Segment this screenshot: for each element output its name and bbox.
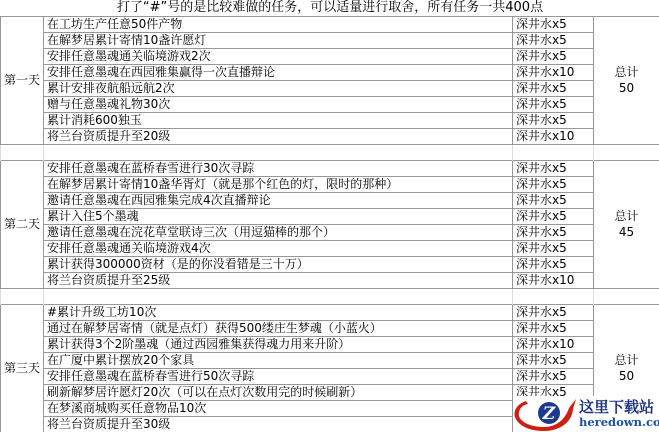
task-text-cell: 在工坊生产任意50件产物 — [44, 16, 513, 32]
task-row: 累计获得3个2阶墨魂（通过西园雅集获得魂力用来升阶）深井水x10 — [1, 336, 659, 352]
task-row: 第二天安排任意墨魂在蓝桥春雪进行30次寻踪深井水x5总计45 — [1, 160, 659, 176]
total-value: 50 — [597, 368, 656, 384]
task-row: 邀请任意墨魂在浣花草堂联诗三次（用逗猫棒的那个）深井水x5 — [1, 224, 659, 240]
total-value: 50 — [597, 80, 656, 96]
heredown-watermark: Z 这里下载站 heredown.com — [513, 396, 659, 432]
task-row: 累计消耗600独玉深井水x5 — [1, 112, 659, 128]
separator-cell — [1, 288, 44, 304]
reward-cell: 深井水x5 — [513, 176, 594, 192]
task-row: 累计获得300000资材（是的你没看错是三十万）深井水x5 — [1, 256, 659, 272]
task-text-cell: 累计安排夜航船远航2次 — [44, 80, 513, 96]
task-row: 累计安排夜航船远航2次深井水x5 — [1, 80, 659, 96]
reward-cell: 深井水x5 — [513, 112, 594, 128]
task-row: 在解梦居累计寄情10盏华胥灯（就是那个红色的灯，限时的那种）深井水x5 — [1, 176, 659, 192]
reward-cell: 深井水x10 — [513, 64, 594, 80]
task-text-cell: 邀请任意墨魂在西园雅集完成4次直播辩论 — [44, 192, 513, 208]
task-row: 安排任意墨魂通关临境游戏2次深井水x5 — [1, 48, 659, 64]
task-text-cell: 邀请任意墨魂在浣花草堂联诗三次（用逗猫棒的那个） — [44, 224, 513, 240]
separator-cell — [44, 144, 513, 160]
total-value: 45 — [597, 224, 656, 240]
reward-cell: 深井水x5 — [513, 32, 594, 48]
separator-row — [1, 144, 659, 160]
task-text-cell: 刷新解梦居许愿灯20次（可以在点灯次数用完的时候刷新） — [44, 384, 513, 400]
task-text-cell: 通过在解梦居寄情（就是点灯）获得500缕庄生梦魂（小蓝火） — [44, 320, 513, 336]
reward-cell: 深井水x5 — [513, 160, 594, 176]
task-text-cell: 将兰台资质提升至30级 — [44, 416, 513, 432]
reward-cell: 深井水x5 — [513, 304, 594, 320]
reward-cell: 深井水x5 — [513, 208, 594, 224]
separator-cell — [1, 144, 44, 160]
table-title: 打了“#”号的是比较难做的任务，可以适量进行取舍，所有任务一共400点 — [1, 0, 659, 16]
task-text-cell: 安排任意墨魂在西园雅集赢得一次直播辩论 — [44, 64, 513, 80]
task-row: 将兰台资质提升至25级深井水x10 — [1, 272, 659, 288]
total-label: 总计 — [597, 64, 656, 80]
task-text-cell: 累计获得300000资材（是的你没看错是三十万） — [44, 256, 513, 272]
task-row: 安排任意墨魂在蓝桥春雪进行50次寻踪深井水x5 — [1, 368, 659, 384]
separator-cell — [594, 144, 659, 160]
task-row: 通过在解梦居寄情（就是点灯）获得500缕庄生梦魂（小蓝火）深井水x5 — [1, 320, 659, 336]
task-row: 第一天在工坊生产任意50件产物深井水x5总计50 — [1, 16, 659, 32]
title-row: 打了“#”号的是比较难做的任务，可以适量进行取舍，所有任务一共400点 — [1, 0, 659, 16]
task-text-cell: 累计入住5个墨魂 — [44, 208, 513, 224]
separator-cell — [44, 288, 513, 304]
total-label: 总计 — [597, 352, 656, 368]
task-text-cell: 将兰台资质提升至25级 — [44, 272, 513, 288]
task-row: 安排任意墨魂在西园雅集赢得一次直播辩论深井水x10 — [1, 64, 659, 80]
task-text-cell: 在广厦中累计摆放20个家具 — [44, 352, 513, 368]
task-text-cell: 累计获得3个2阶墨魂（通过西园雅集获得魂力用来升阶） — [44, 336, 513, 352]
site-name: 这里下载站 — [579, 399, 659, 416]
reward-cell: 深井水x5 — [513, 368, 594, 384]
task-row: 邀请任意墨魂在西园雅集完成4次直播辩论深井水x5 — [1, 192, 659, 208]
task-text-cell: 累计消耗600独玉 — [44, 112, 513, 128]
task-text-cell: 将兰台资质提升至20级 — [44, 128, 513, 144]
reward-cell: 深井水x5 — [513, 352, 594, 368]
task-text-cell: 在梦溪商城购买任意物品10次 — [44, 400, 513, 416]
logo-z-letter: Z — [542, 404, 556, 424]
heredown-logo-icon: Z — [513, 396, 577, 432]
site-url-link[interactable]: heredown.com — [579, 416, 659, 429]
total-cell: 总计50 — [594, 16, 659, 144]
task-row: 累计入住5个墨魂深井水x5 — [1, 208, 659, 224]
reward-cell: 深井水x5 — [513, 320, 594, 336]
task-row: 在解梦居累计寄情10盏许愿灯深井水x5 — [1, 32, 659, 48]
separator-cell — [513, 288, 594, 304]
page: 打了“#”号的是比较难做的任务，可以适量进行取舍，所有任务一共400点 第一天在… — [0, 0, 659, 432]
reward-cell: 深井水x10 — [513, 336, 594, 352]
reward-cell: 深井水x5 — [513, 256, 594, 272]
reward-cell: 深井水x10 — [513, 128, 594, 144]
task-text-cell: 安排任意墨魂在蓝桥春雪进行50次寻踪 — [44, 368, 513, 384]
day-label: 第三天 — [1, 304, 44, 432]
logo-text: 这里下载站 heredown.com — [577, 399, 659, 429]
task-row: 安排任意墨魂通关临境游戏4次深井水x5 — [1, 240, 659, 256]
reward-cell: 深井水x5 — [513, 240, 594, 256]
task-text-cell: 安排任意墨魂在蓝桥春雪进行30次寻踪 — [44, 160, 513, 176]
reward-cell: 深井水x5 — [513, 192, 594, 208]
separator-cell — [513, 144, 594, 160]
reward-cell: 深井水x5 — [513, 48, 594, 64]
reward-cell: 深井水x10 — [513, 272, 594, 288]
task-row: 第三天#累计升级工坊10次深井水x5总计50 — [1, 304, 659, 320]
task-row: 赠与任意墨魂礼物30次深井水x5 — [1, 96, 659, 112]
reward-cell: 深井水x5 — [513, 16, 594, 32]
task-text-cell: 在解梦居累计寄情10盏许愿灯 — [44, 32, 513, 48]
task-table-body: 打了“#”号的是比较难做的任务，可以适量进行取舍，所有任务一共400点 第一天在… — [1, 0, 659, 432]
task-text-cell: 安排任意墨魂通关临境游戏4次 — [44, 240, 513, 256]
day-label: 第一天 — [1, 16, 44, 144]
day-label: 第二天 — [1, 160, 44, 288]
reward-cell: 深井水x5 — [513, 96, 594, 112]
reward-cell: 深井水x5 — [513, 80, 594, 96]
separator-row — [1, 288, 659, 304]
task-text-cell: 赠与任意墨魂礼物30次 — [44, 96, 513, 112]
task-row: 在广厦中累计摆放20个家具深井水x5 — [1, 352, 659, 368]
total-label: 总计 — [597, 208, 656, 224]
task-row: 将兰台资质提升至20级深井水x10 — [1, 128, 659, 144]
task-text-cell: #累计升级工坊10次 — [44, 304, 513, 320]
reward-cell: 深井水x5 — [513, 224, 594, 240]
total-cell: 总计45 — [594, 160, 659, 288]
task-text-cell: 安排任意墨魂通关临境游戏2次 — [44, 48, 513, 64]
task-table: 打了“#”号的是比较难做的任务，可以适量进行取舍，所有任务一共400点 第一天在… — [0, 0, 659, 432]
task-text-cell: 在解梦居累计寄情10盏华胥灯（就是那个红色的灯，限时的那种） — [44, 176, 513, 192]
separator-cell — [594, 288, 659, 304]
